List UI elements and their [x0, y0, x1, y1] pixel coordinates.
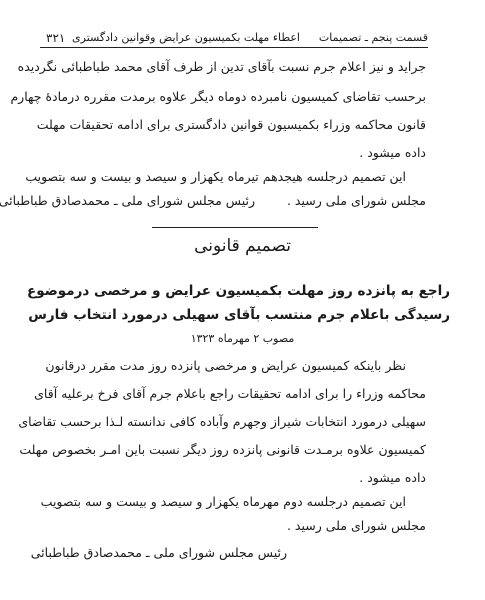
header-title: اعطاء مهلت بکمیسیون عرایض وقوانین دادگست… [72, 29, 300, 47]
approval-line: این تصمیم درجلسه هیجدهم تیرماه یکهزار و … [56, 167, 406, 187]
running-header: قسمت پنجم ـ تصمیمات اعطاء مهلت بکمیسیون … [40, 29, 428, 47]
paragraph-line: داده میشود . [359, 143, 426, 163]
paragraph-line: کمیسیون علاوه برمـدت قانونی پانزده روز د… [56, 440, 426, 460]
paragraph-line: جراید و نیز اعلام جرم نسبت بآقای تدین از… [56, 57, 426, 77]
signature: رئیس مجلس شورای ملی ـ محمدصادق طباطبائی [0, 191, 255, 211]
paragraph-line: محاکمه وزراء را برای ادامه تحقیقات راجع … [56, 384, 426, 404]
decision-title-line: رسیدگی باعلام جرم منتسب بآقای سهیلی درمو… [40, 305, 450, 325]
signature: رئیس مجلس شورای ملی ـ محمدصادق طباطبائی [31, 543, 287, 563]
paragraph-line: نظر باینکه کمیسیون عرایض و مرخصی پانزده … [56, 356, 406, 376]
approval-date: مصوب ۲ مهرماه ۱۳۲۳ [0, 331, 485, 347]
header-rule [40, 47, 428, 48]
approval-line: این تصمیم درجلسه دوم مهرماه یکهزار و سیص… [56, 492, 406, 512]
paragraph-line: سهیلی درمورد انتخابات شیراز وجهرم وآباده… [56, 412, 426, 432]
paragraph-line: داده میشود . [359, 468, 426, 488]
decision-title-line: راجع به پانزده روز مهلت بکمیسیون عرایض و… [40, 281, 450, 301]
page-number: ۳۲۱ [46, 29, 65, 47]
document-page: قسمت پنجم ـ تصمیمات اعطاء مهلت بکمیسیون … [0, 0, 485, 600]
section-separator [152, 227, 318, 228]
header-section: قسمت پنجم ـ تصمیمات [319, 29, 428, 47]
paragraph-line: قانون محاکمه وزراء بکمیسیون قوانین دادگس… [56, 115, 426, 135]
decision-heading: تصمیم قانونی [0, 234, 485, 258]
approval-line: مجلس شورای ملی رسید . [287, 516, 426, 536]
approval-line: مجلس شورای ملی رسید . [287, 191, 426, 211]
paragraph-line: برحسب تقاضای کمیسیون نامبرده دوماه دیگر … [56, 87, 426, 107]
